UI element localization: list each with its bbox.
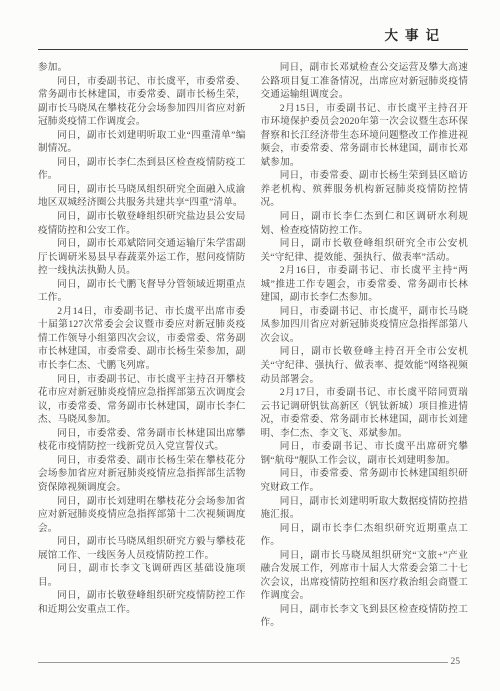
paragraph: 同日，副市长邓斌检查公交运营及攀大高速公路项目复工准备情况，出席应对新冠肺炎疫情… xyxy=(261,61,469,102)
footer-rule xyxy=(38,662,448,663)
paragraph: 同日，副市长李文飞调研西区基础设施项目。 xyxy=(38,562,246,589)
paragraph: 同日，市委常委、副市长杨生荣在攀枝花分会场参加省应对新冠肺炎疫情应急指挥部生活物… xyxy=(38,454,246,495)
paragraph: 同日，副市长敬登峰组织研究疫情防控工作和近期公安重点工作。 xyxy=(38,589,246,616)
paragraph: 同日，副市长李仁杰到仁和区调研水利规划、检查疫情防控工作。 xyxy=(261,210,469,237)
paragraph: 同日，副市长李仁杰到县区检查疫情防疫工作。 xyxy=(38,156,246,183)
page-header: 大事记 xyxy=(38,26,468,46)
paragraph: 同日，副市长敬登峰组织研究盐边县公安局疫情防控和公安工作。 xyxy=(38,210,246,237)
paragraph: 同日，市委副书记、市长虞平，副市长马晓凤参加四川省应对新冠肺炎疫情应急指挥部第八… xyxy=(261,305,469,346)
paragraph: 同日，副市长刘建明听取工业“四重清单”编制情况。 xyxy=(38,129,246,156)
paragraph: 同日，市委副书记、市长虞平出席研究攀钢“航母”舰队工作会议，副市长刘建明参加。 xyxy=(261,440,469,467)
paragraph: 同日，市委副书记、市长虞平，市委常委、常务副市长林建国，市委常委、副市长杨生荣，… xyxy=(38,75,246,129)
page-number: 25 xyxy=(451,657,469,667)
header-rule xyxy=(38,49,468,50)
paragraph: 同日，副市长马晓凤组织研究方毅与攀枝花展馆工作、一线医务人员疫情防控工作。 xyxy=(38,535,246,562)
document-page: 大事记 参加。同日，市委副书记、市长虞平，市委常委、常务副市长林建国，市委常委、… xyxy=(0,0,500,691)
paragraph: 同日，副市长刘建明听取大数据疫情防控措施汇报。 xyxy=(261,495,469,522)
paragraph: 同日，副市长马晓凤组织研究全面融入成渝地区双城经济圈公共服务共建共享“四重”清单… xyxy=(38,183,246,210)
paragraph: 2月16日，市委副书记、市长虞平主持“两城”推进工作专题会，市委常委、常务副市长… xyxy=(261,264,469,305)
page-header-title: 大事记 xyxy=(385,28,447,43)
paragraph: 2月15日，市委副书记、市长虞平主持召开市环境保护委员会2020年第一次会议暨生… xyxy=(261,102,469,170)
paragraph: 同日，副市长李仁杰组织研究近期重点工作。 xyxy=(261,522,469,549)
paragraph: 同日，副市长弋鹏飞督导分管领域近期重点工作。 xyxy=(38,278,246,305)
paragraph: 2月17日，市委副书记、市长虞平陪同贾瑞云书记调研钒钛高新区（钒钛新城）项目推进… xyxy=(261,386,469,440)
paragraph: 同日，副市长邓斌陪同交通运输厅朱学雷副厅长调研米易县早春蔬菜外运工作，慰问疫情防… xyxy=(38,237,246,278)
paragraph: 同日，副市长李文飞到县区检查疫情防控工作。 xyxy=(261,603,469,630)
paragraph: 同日，市委常委、常务副市长林建国出席攀枝花市疫情防控一线新党员入党宣誓仪式。 xyxy=(38,427,246,454)
paragraph: 同日，副市长马晓凤组织研究“文旅+”产业融合发展工作，列席市十届人大常委会第二十… xyxy=(261,549,469,603)
page-footer: 25 xyxy=(38,653,468,671)
page-body: 参加。同日，市委副书记、市长虞平，市委常委、常务副市长林建国，市委常委、副市长杨… xyxy=(38,61,468,649)
paragraph: 2月14日，市委副书记、市长虞平出席市委十届第127次常委会会议暨市委应对新冠肺… xyxy=(38,305,246,373)
paragraph: 同日，副市长敬登峰组织研究全市公安机关“守纪律、提效能、强执行、做表率”活动。 xyxy=(261,237,469,264)
paragraph: 同日，副市长刘建明在攀枝花分会场参加省应对新冠肺炎疫情应急指挥部第十二次视频调度… xyxy=(38,495,246,536)
text-column-left: 参加。同日，市委副书记、市长虞平，市委常委、常务副市长林建国，市委常委、副市长杨… xyxy=(38,61,246,649)
paragraph: 同日，副市长敬登峰主持召开全市公安机关“守纪律、强执行、做表率、提效能”网络视频… xyxy=(261,345,469,386)
paragraph: 同日，市委常委、常务副市长林建国组织研究财政工作。 xyxy=(261,467,469,494)
text-column-right: 同日，副市长邓斌检查公交运营及攀大高速公路项目复工准备情况，出席应对新冠肺炎疫情… xyxy=(261,61,469,649)
paragraph: 同日，市委副书记、市长虞平主持召开攀枝花市应对新冠肺炎疫情应急指挥部第五次调度会… xyxy=(38,373,246,427)
paragraph: 同日，市委常委、副市长杨生荣到县区暗访养老机构、殡葬服务机构新冠肺炎疫情防控情况… xyxy=(261,169,469,210)
paragraph: 参加。 xyxy=(38,61,246,75)
